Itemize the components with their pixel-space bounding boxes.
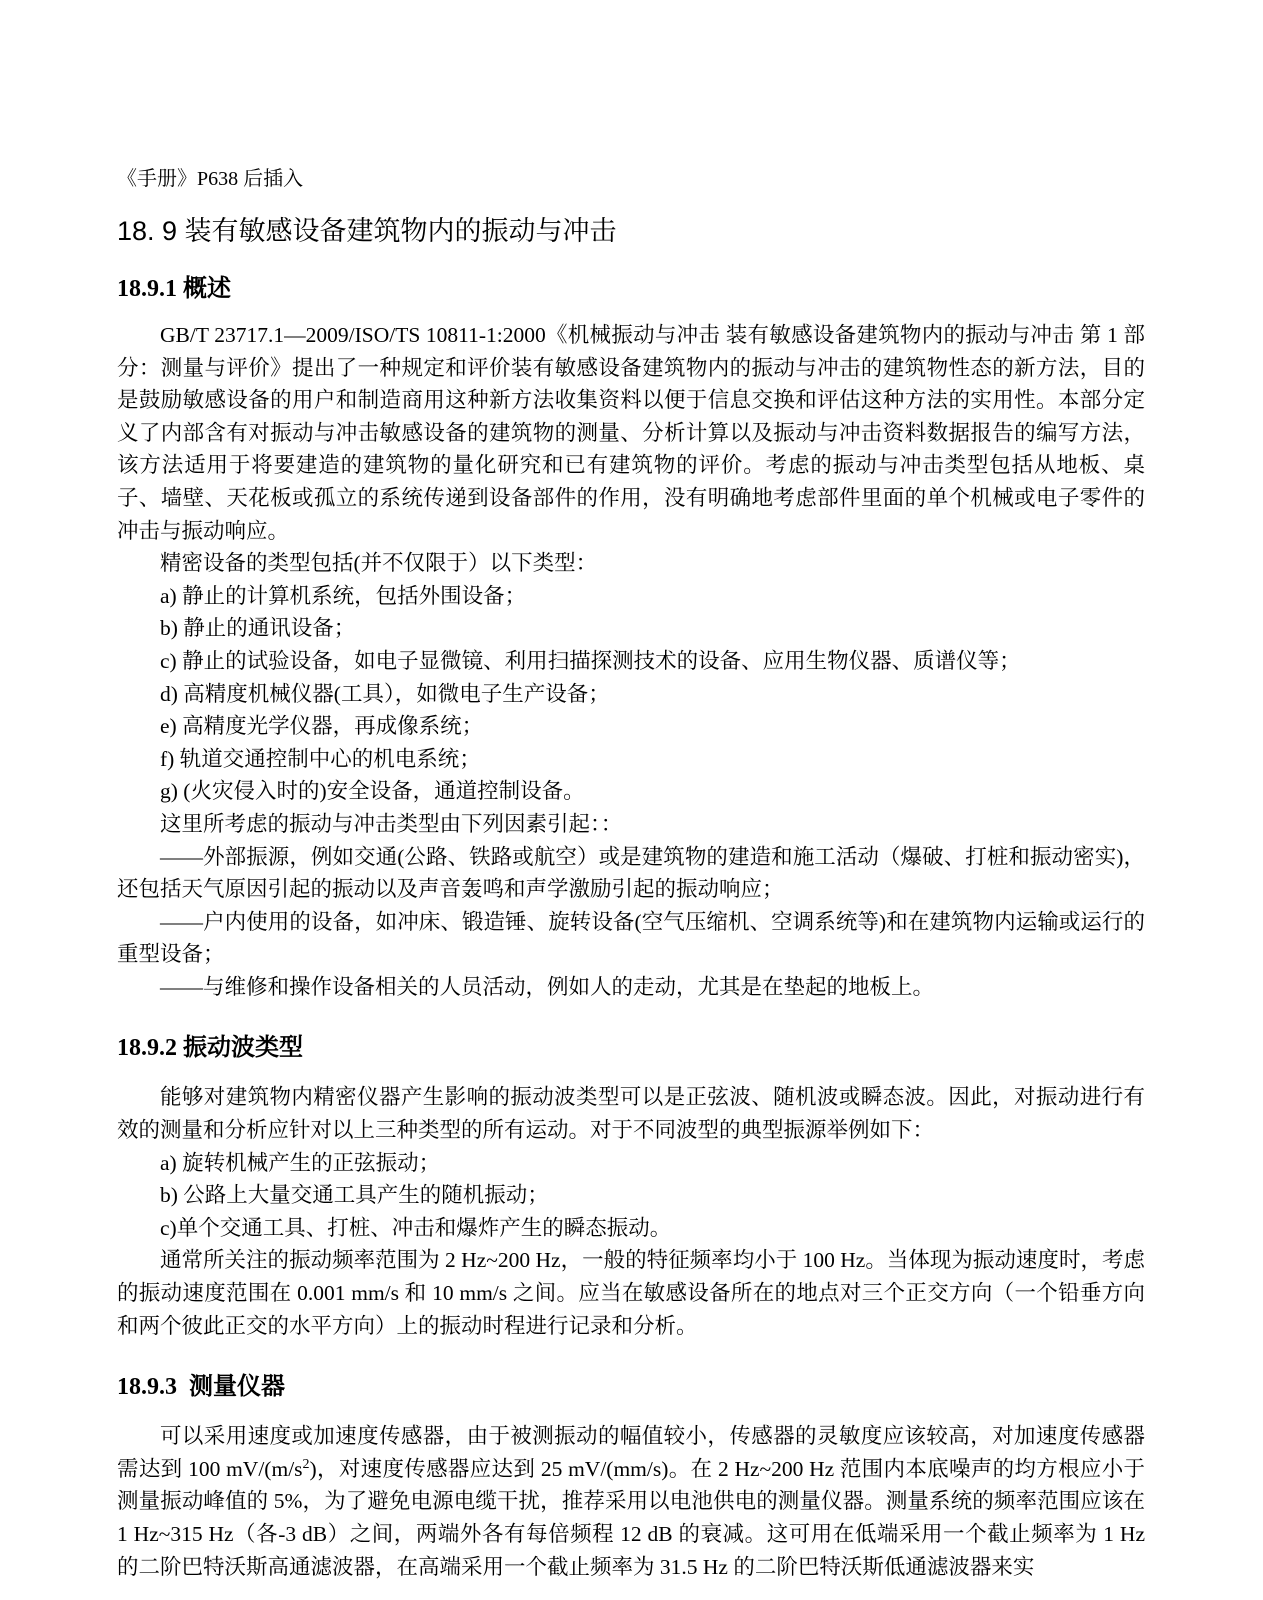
paragraph-overview-1: GB/T 23717.1—2009/ISO/TS 10811-1:2000《机械… — [117, 319, 1145, 547]
list-item-type-c: c) 静止的试验设备，如电子显微镜、利用扫描探测技术的设备、应用生物仪器、质谱仪… — [117, 645, 1145, 678]
subsection-heading-instruments: 18.9.3 测量仪器 — [117, 1372, 1145, 1403]
subsection-heading-wave-types: 18.9.2 振动波类型 — [117, 1033, 1145, 1064]
paragraph-wave-types-1: 能够对建筑物内精密仪器产生影响的振动波类型可以是正弦波、随机波或瞬态波。因此，对… — [117, 1081, 1145, 1146]
paragraph-instruments-1: 可以采用速度或加速度传感器，由于被测振动的幅值较小，传感器的灵敏度应该较高，对加… — [117, 1420, 1145, 1583]
list-item-wave-b: b) 公路上大量交通工具产生的随机振动； — [117, 1179, 1145, 1212]
paragraph-types-intro: 精密设备的类型包括(并不仅限于）以下类型： — [117, 547, 1145, 580]
list-item-type-d: d) 高精度机械仪器(工具），如微电子生产设备； — [117, 678, 1145, 711]
insert-note: 《手册》P638 后插入 — [117, 166, 1145, 192]
superscript-2: 2 — [303, 1457, 310, 1472]
document-page: 《手册》P638 后插入 18. 9 装有敏感设备建筑物内的振动与冲击 18.9… — [0, 0, 1263, 1600]
list-item-type-g: g) (火灾侵入时的)安全设备，通道控制设备。 — [117, 775, 1145, 808]
subsection-heading-overview: 18.9.1 概述 — [117, 274, 1145, 305]
list-item-type-e: e) 高精度光学仪器，再成像系统； — [117, 710, 1145, 743]
list-item-cause-indoor: ——户内使用的设备，如冲床、锻造锤、旋转设备(空气压缩机、空调系统等)和在建筑物… — [117, 906, 1145, 971]
list-item-type-b: b) 静止的通讯设备； — [117, 612, 1145, 645]
list-item-wave-a: a) 旋转机械产生的正弦振动； — [117, 1147, 1145, 1180]
section-heading: 18. 9 装有敏感设备建筑物内的振动与冲击 — [117, 214, 1145, 248]
list-item-type-f: f) 轨道交通控制中心的机电系统； — [117, 743, 1145, 776]
paragraph-wave-types-2: 通常所关注的振动频率范围为 2 Hz~200 Hz，一般的特征频率均小于 100… — [117, 1244, 1145, 1342]
list-item-cause-external: ——外部振源，例如交通(公路、铁路或航空）或是建筑物的建造和施工活动（爆破、打桩… — [117, 841, 1145, 906]
paragraph-causes-intro: 这里所考虑的振动与冲击类型由下列因素引起：： — [117, 808, 1145, 841]
list-item-type-a: a) 静止的计算机系统，包括外围设备； — [117, 580, 1145, 613]
list-item-cause-personnel: ——与维修和操作设备相关的人员活动，例如人的走动，尤其是在垫起的地板上。 — [117, 971, 1145, 1004]
list-item-wave-c: c)单个交通工具、打桩、冲击和爆炸产生的瞬态振动。 — [117, 1212, 1145, 1245]
